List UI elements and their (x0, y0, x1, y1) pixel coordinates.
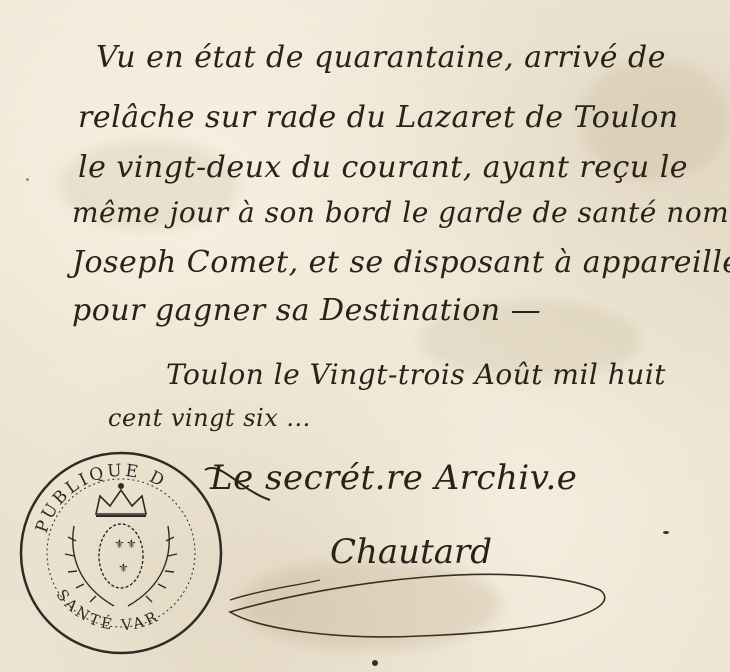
svg-text:⚜: ⚜ (126, 537, 137, 551)
ink-speck (26, 178, 29, 181)
dateline-line-2: cent vingt six ... (108, 404, 311, 432)
shield-icon: ⚜ ⚜ ⚜ (99, 524, 143, 588)
body-line-6: pour gagner sa Destination — (72, 293, 541, 328)
body-line-4: même jour à son bord le garde de santé n… (72, 196, 730, 229)
signature-flourish (220, 560, 620, 640)
svg-text:⚜: ⚜ (114, 537, 125, 551)
ink-speck (663, 531, 669, 534)
svg-text:⚜: ⚜ (118, 561, 129, 575)
ink-speck (372, 660, 378, 666)
crown-icon (96, 483, 146, 516)
body-line-1: Vu en état de quarantaine, arrivé de (96, 40, 666, 75)
body-line-2: relâche sur rade du Lazaret de Toulon (78, 100, 679, 135)
svg-text:PUBLIQUE D: PUBLIQUE D (32, 461, 170, 536)
seal-top-text: PUBLIQUE D (32, 461, 170, 536)
health-office-seal: PUBLIQUE D SANTÉ VAR ⚜ ⚜ ⚜ (14, 446, 228, 660)
dateline-line-1: Toulon le Vingt-trois Août mil huit (166, 358, 666, 391)
body-line-5: Joseph Comet, et se disposant à appareil… (72, 245, 730, 280)
body-line-3: le vingt-deux du courant, ayant reçu le (78, 150, 688, 185)
